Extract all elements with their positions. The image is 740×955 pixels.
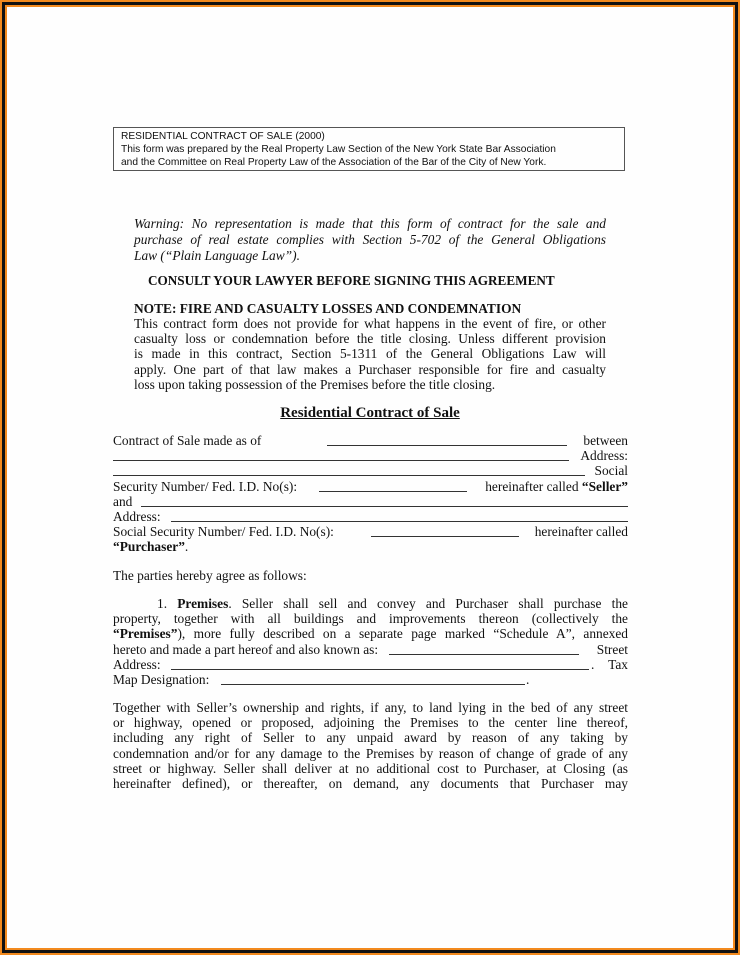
- together-line: condemnation and/or for any damage to th…: [113, 746, 628, 761]
- consult-lawyer-heading: CONSULT YOUR LAWYER BEFORE SIGNING THIS …: [148, 273, 555, 289]
- warning-paragraph: Warning: No representation is made that …: [134, 216, 606, 264]
- between-label: between: [583, 433, 628, 448]
- purchaser-ssn-label: Social Security Number/ Fed. I.D. No(s):: [113, 524, 334, 539]
- seller-address-field[interactable]: [113, 475, 585, 476]
- together-line: including any right of Seller to any unp…: [113, 730, 628, 745]
- hereinafter-called-label: hereinafter called: [535, 524, 628, 539]
- note-line: is made in this contract, Section 5-1311…: [134, 346, 606, 361]
- note-line: loss upon taking possession of the Premi…: [134, 377, 606, 392]
- form-credit-line-2: and the Committee on Real Property Law o…: [121, 156, 624, 169]
- seller-address-label: Address:: [580, 448, 628, 463]
- made-as-of-label: Contract of Sale made as of: [113, 433, 261, 448]
- parties-section: Contract of Sale made as of between Addr…: [113, 433, 628, 555]
- form-credit-line-1: This form was prepared by the Real Prope…: [121, 143, 624, 156]
- seller-ssn-label: Security Number/ Fed. I.D. No(s):: [113, 479, 297, 494]
- note-line: apply. One part of that law makes a Purc…: [134, 362, 606, 377]
- social-label: Social: [595, 463, 628, 478]
- together-line: Together with Seller’s ownership and rig…: [113, 700, 628, 715]
- warning-line: Law (“Plain Language Law”).: [134, 248, 606, 264]
- form-title: RESIDENTIAL CONTRACT OF SALE (2000): [121, 130, 624, 143]
- premises-line-1: 1. Premises. Seller shall sell and conve…: [157, 596, 628, 611]
- note-heading: NOTE: FIRE AND CASUALTY LOSSES AND CONDE…: [134, 301, 521, 317]
- together-line: street or highway. Seller shall deliver …: [113, 761, 628, 776]
- note-paragraph: This contract form does not provide for …: [134, 316, 606, 392]
- together-paragraph: Together with Seller’s ownership and rig…: [113, 700, 628, 791]
- seller-designation: hereinafter called “Seller”: [485, 479, 628, 494]
- purchaser-address-field[interactable]: [171, 521, 628, 522]
- seller-ssn-field[interactable]: [319, 491, 467, 492]
- purchaser-ssn-field[interactable]: [371, 536, 519, 537]
- premises-line-2: property, together with all buildings an…: [113, 611, 628, 626]
- tax-label: Tax: [608, 657, 628, 672]
- purchaser-name-field[interactable]: [141, 506, 628, 507]
- warning-line: Warning: No representation is made that …: [134, 216, 606, 232]
- and-label: and: [113, 494, 132, 509]
- purchaser-address-label: Address:: [113, 509, 161, 524]
- map-designation-field[interactable]: [221, 684, 525, 685]
- agree-statement: The parties hereby agree as follows:: [113, 568, 628, 583]
- seller-name-field[interactable]: [113, 460, 569, 461]
- contract-date-field[interactable]: [327, 445, 567, 446]
- warning-line: purchase of real estate complies with Se…: [134, 232, 606, 248]
- street-label: Street: [597, 642, 628, 657]
- premises-line-3: “Premises”), more fully described on a s…: [113, 626, 628, 641]
- purchaser-designation: “Purchaser”.: [113, 539, 188, 554]
- note-line: casualty loss or condemnation before the…: [134, 331, 606, 346]
- known-as-label: hereto and made a part hereof and also k…: [113, 642, 378, 657]
- document-page: RESIDENTIAL CONTRACT OF SALE (2000) This…: [7, 7, 733, 948]
- note-line: This contract form does not provide for …: [134, 316, 606, 331]
- street-address-label: Address:: [113, 657, 161, 672]
- form-header-box: RESIDENTIAL CONTRACT OF SALE (2000) This…: [113, 127, 625, 171]
- premises-section: 1. Premises. Seller shall sell and conve…: [113, 596, 628, 687]
- street-address-field[interactable]: [171, 669, 589, 670]
- together-line: hereinafter defined), or thereafter, on …: [113, 776, 628, 791]
- contract-title: Residential Contract of Sale: [7, 405, 733, 422]
- known-as-field[interactable]: [389, 654, 579, 655]
- together-line: or highway, opened or proposed, adjoinin…: [113, 715, 628, 730]
- map-designation-label: Map Designation:: [113, 672, 209, 687]
